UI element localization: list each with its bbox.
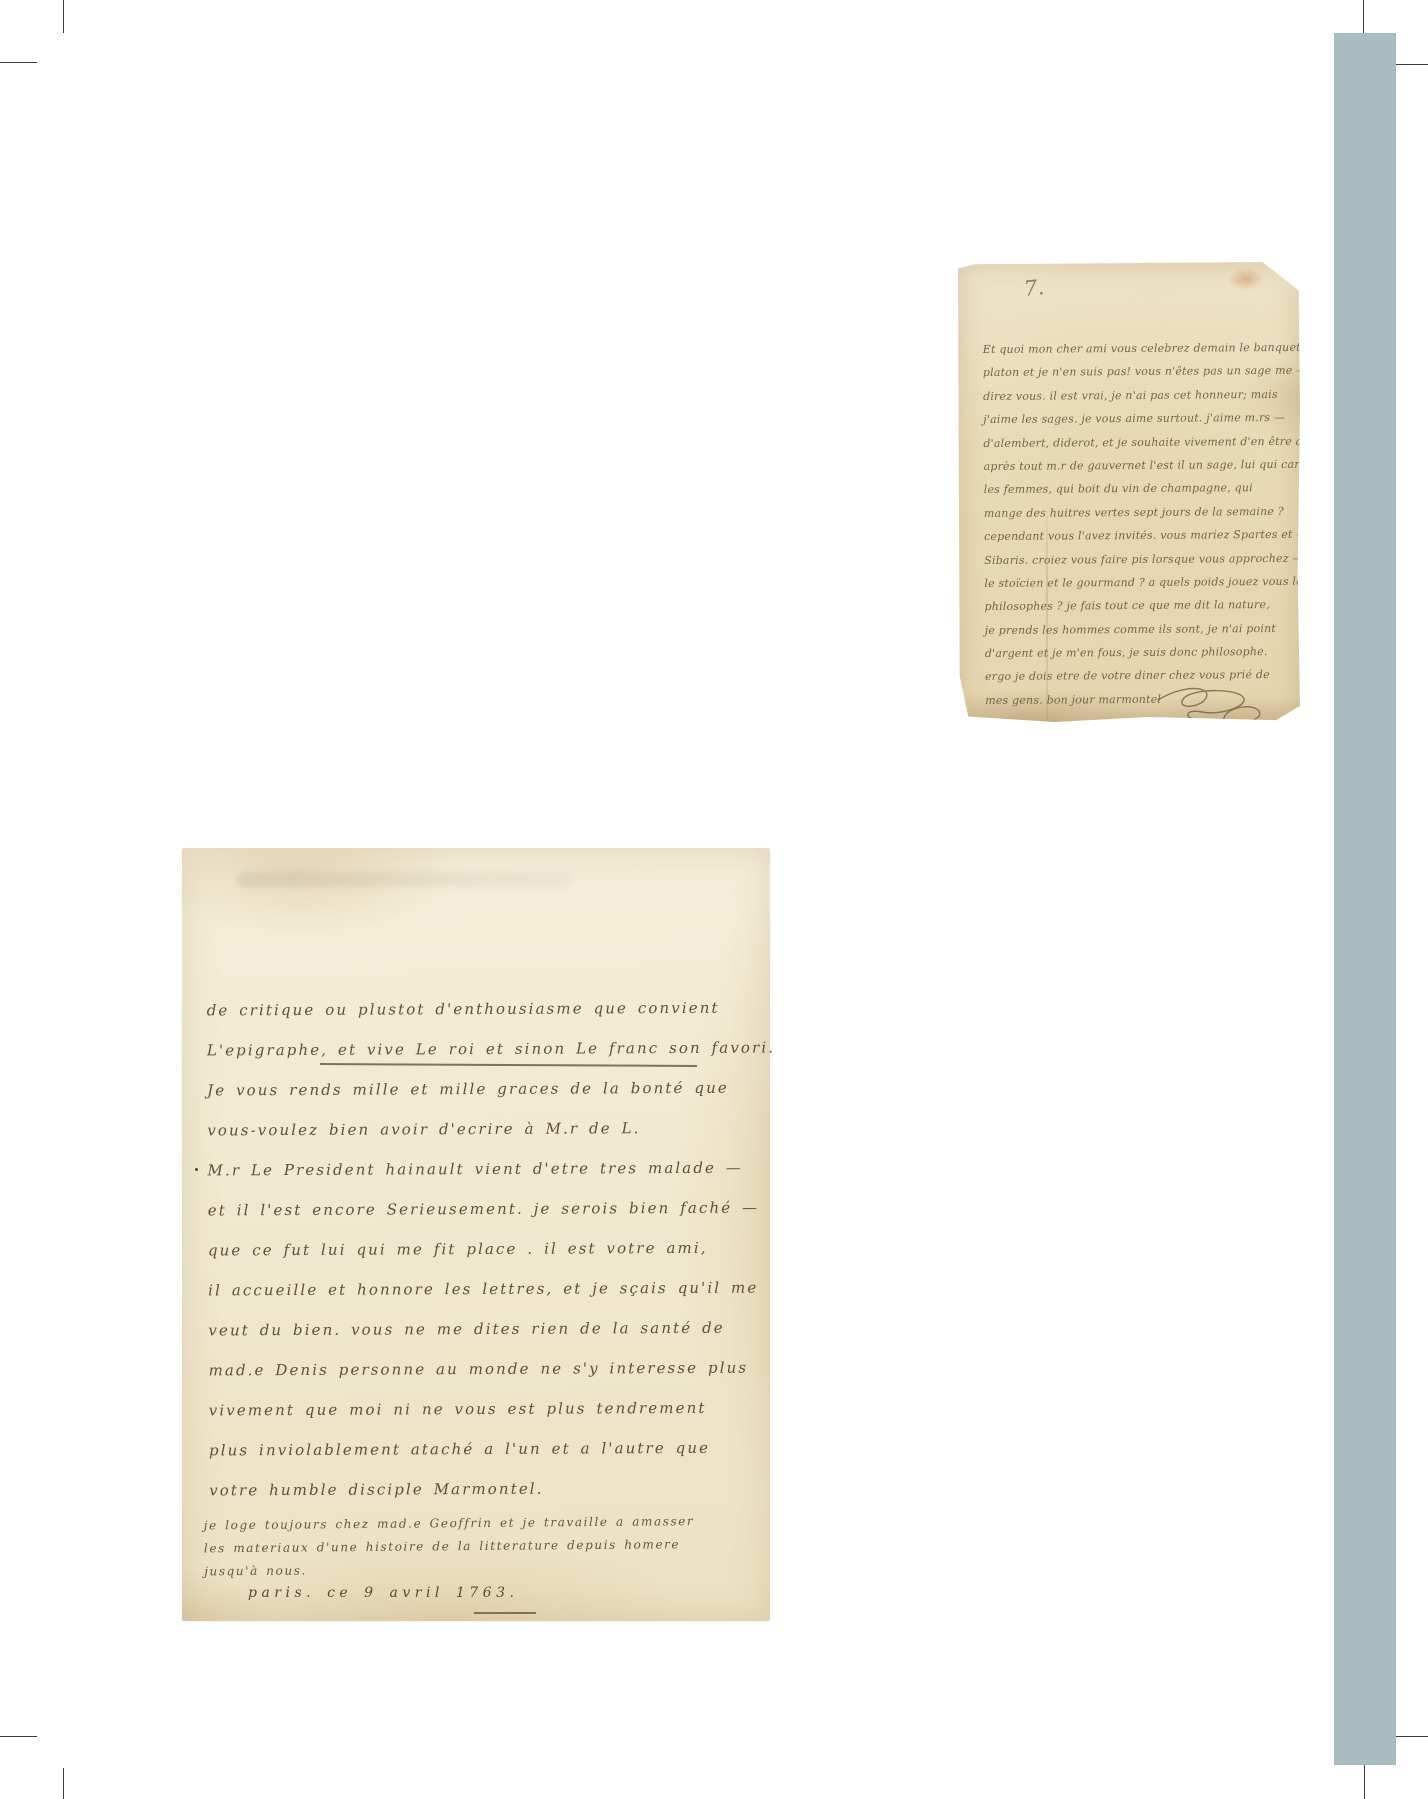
crop-mark-top-left-horizontal xyxy=(0,62,37,63)
manuscript-postscript-block: je loge toujours chez mad.e Geoffrin et … xyxy=(204,1514,755,1588)
manuscript-line: j'aime les sages. je vous aime surtout. … xyxy=(983,411,1278,436)
signature-flourish xyxy=(1154,682,1274,740)
manuscript-line: mange des huitres vertes sept jours de l… xyxy=(984,505,1279,530)
catalog-page: { "colors": { "page_background": "#fffff… xyxy=(0,0,1428,1799)
date-underline xyxy=(474,1612,536,1614)
manuscript-line: d'alembert, diderot, et je souhaite vive… xyxy=(983,435,1278,460)
manuscript-line: et il l'est encore Serieusement. je sero… xyxy=(208,1199,753,1242)
manuscript-line: Sibaris. croiez vous faire pis lorsque v… xyxy=(984,551,1279,576)
manuscript-line: le stoïcien et le gourmand ? a quels poi… xyxy=(984,575,1279,600)
manuscript-line: direz vous. il est vrai, je n'ai pas cet… xyxy=(983,388,1278,413)
manuscript-line: vous-voulez bien avoir d'ecrire à M.r de… xyxy=(207,1119,752,1162)
manuscript-page-number: 7. xyxy=(1023,275,1045,301)
crop-mark-top-left-vertical xyxy=(63,0,64,33)
margin-dot xyxy=(195,1168,198,1171)
crop-mark-bottom-left-vertical xyxy=(63,1768,64,1799)
manuscript-letter-top: 7. Et quoi mon cher ami vous celebrez de… xyxy=(958,262,1300,722)
manuscript-line: M.r Le President hainault vient d'etre t… xyxy=(207,1159,752,1202)
crop-mark-bottom-left-horizontal xyxy=(0,1736,37,1737)
manuscript-line: Et quoi mon cher ami vous celebrez demai… xyxy=(983,341,1278,366)
manuscript-body-block: de critique ou plustot d'enthousiasme qu… xyxy=(207,999,755,1522)
manuscript-line: Je vous rends mille et mille graces de l… xyxy=(207,1079,752,1122)
crop-mark-top-right-vertical xyxy=(1363,0,1364,33)
manuscript-line: veut du bien. vous ne me dites rien de l… xyxy=(208,1319,753,1362)
manuscript-line: que ce fut lui qui me fit place . il est… xyxy=(208,1239,753,1282)
manuscript-line: les femmes, qui boit du vin de champagne… xyxy=(984,481,1279,506)
manuscript-line: plus inviolablement ataché a l'un et a l… xyxy=(209,1439,754,1482)
manuscript-line: après tout m.r de gauvernet l'est il un … xyxy=(984,458,1279,483)
manuscript-line: cependant vous l'avez invités. vous mari… xyxy=(984,528,1279,553)
manuscript-line: philosophes ? je fais tout ce que me dit… xyxy=(984,598,1279,623)
crop-mark-top-right-horizontal xyxy=(1396,64,1428,65)
faded-ink-smudge xyxy=(237,872,572,887)
manuscript-line: il accueille et honnore les lettres, et … xyxy=(208,1279,753,1322)
manuscript-text-block: Et quoi mon cher ami vous celebrez demai… xyxy=(983,341,1281,717)
manuscript-line: d'argent et je m'en fous, je suis donc p… xyxy=(985,645,1280,670)
manuscript-line: de critique ou plustot d'enthousiasme qu… xyxy=(207,999,752,1042)
manuscript-line: jusqu'à nous. xyxy=(204,1560,754,1588)
manuscript-line: platon et je n'en suis pas! vous n'êtes … xyxy=(983,364,1278,389)
manuscript-line: L'epigraphe, et vive Le roi et sinon Le … xyxy=(207,1039,752,1082)
side-accent-bar xyxy=(1334,33,1396,1765)
manuscript-line: vivement que moi ni ne vous est plus ten… xyxy=(209,1399,754,1442)
manuscript-letter-bottom: de critique ou plustot d'enthousiasme qu… xyxy=(182,848,770,1621)
manuscript-line: je prends les hommes comme ils sont, je … xyxy=(985,622,1280,647)
crop-mark-bottom-right-horizontal xyxy=(1396,1736,1428,1737)
crop-mark-bottom-right-vertical xyxy=(1364,1765,1365,1799)
manuscript-dateline: paris. ce 9 avril 1763. xyxy=(248,1585,518,1601)
manuscript-line: mad.e Denis personne au monde ne s'y int… xyxy=(209,1359,754,1402)
